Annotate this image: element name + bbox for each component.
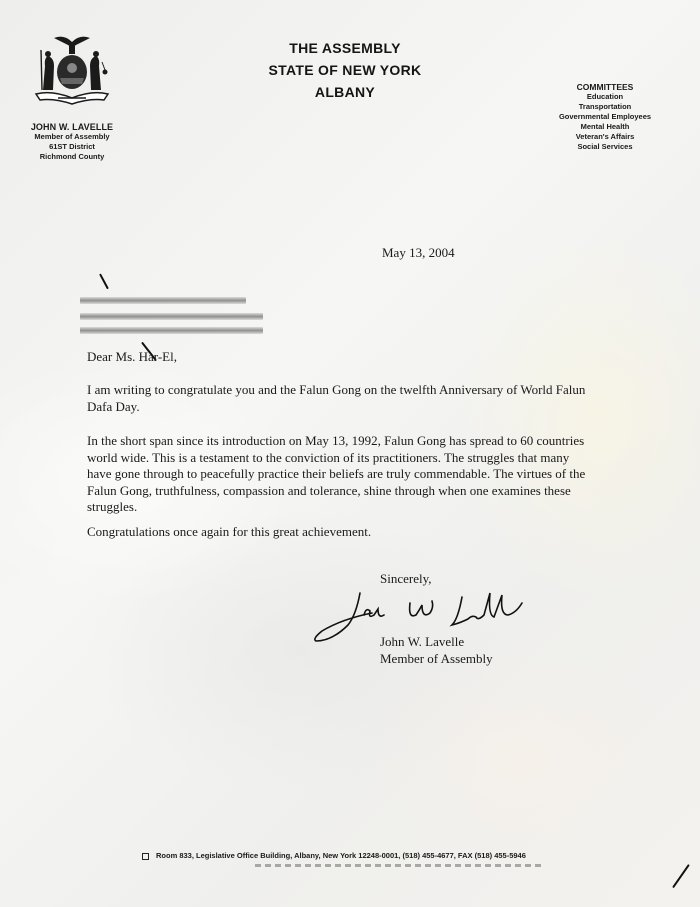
member-info: JOHN W. LAVELLE Member of Assembly 61ST … bbox=[22, 122, 122, 162]
paragraph-1: I am writing to congratulate you and the… bbox=[87, 382, 587, 415]
paragraph-2: In the short span since its introduction… bbox=[87, 433, 587, 516]
signer-name: John W. Lavelle bbox=[380, 633, 493, 650]
signer-block: John W. Lavelle Member of Assembly bbox=[380, 633, 493, 667]
committee-item: Transportation bbox=[540, 102, 670, 112]
header-line-state: STATE OF NEW YORK bbox=[230, 59, 460, 81]
redacted-recipient-address bbox=[80, 295, 265, 340]
redaction-bar bbox=[80, 327, 263, 334]
committees-list: COMMITTEES Education Transportation Gove… bbox=[540, 82, 670, 152]
committee-item: Mental Health bbox=[540, 122, 670, 132]
member-title: Member of Assembly bbox=[22, 132, 122, 142]
member-district: 61ST District bbox=[22, 142, 122, 152]
letter-date: May 13, 2004 bbox=[382, 245, 455, 261]
member-name: JOHN W. LAVELLE bbox=[22, 122, 122, 132]
pen-mark bbox=[99, 274, 108, 290]
redaction-bar bbox=[80, 313, 263, 320]
header-line-city: ALBANY bbox=[230, 81, 460, 103]
footer-address-line: Room 833, Legislative Office Building, A… bbox=[142, 851, 526, 860]
checkbox-bullet-icon bbox=[142, 853, 149, 860]
header-line-assembly: THE ASSEMBLY bbox=[230, 37, 460, 59]
paragraph-3: Congratulations once again for this grea… bbox=[87, 524, 587, 541]
committee-item: Social Services bbox=[540, 142, 670, 152]
pen-mark bbox=[672, 864, 689, 888]
member-county: Richmond County bbox=[22, 152, 122, 162]
letterhead-title: THE ASSEMBLY STATE OF NEW YORK ALBANY bbox=[230, 37, 460, 103]
state-seal-icon bbox=[32, 32, 112, 108]
footer-address: Room 833, Legislative Office Building, A… bbox=[156, 851, 526, 860]
committee-item: Education bbox=[540, 92, 670, 102]
salutation: Dear Ms. Har-El, bbox=[87, 349, 177, 365]
signer-title: Member of Assembly bbox=[380, 650, 493, 667]
committee-item: Governmental Employees bbox=[540, 112, 670, 122]
footer-cutoff-line bbox=[255, 864, 545, 867]
redaction-bar bbox=[80, 297, 246, 304]
committee-item: Veteran's Affairs bbox=[540, 132, 670, 142]
committees-title: COMMITTEES bbox=[540, 82, 670, 92]
